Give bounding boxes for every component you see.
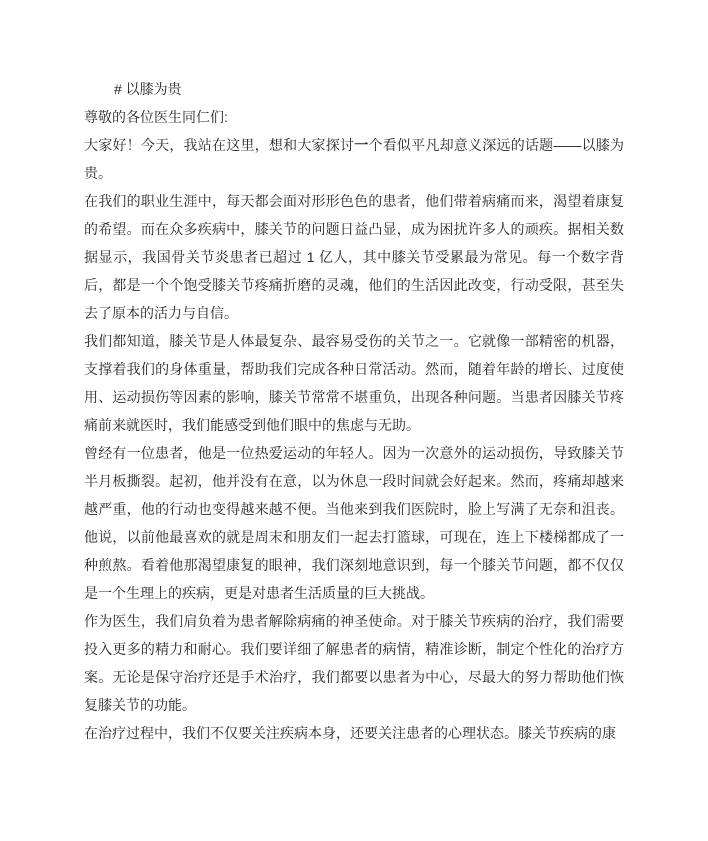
opening-text-bold: 一 — [354, 137, 368, 153]
opening-text-pre: 大家好！今天，我站在这里，想和大家探讨 — [84, 137, 354, 153]
document-page: # 以膝为贵 尊敬的各位医生同仁们: 大家好！今天，我站在这里，想和大家探讨一个… — [0, 0, 708, 841]
opening-paragraph: 大家好！今天，我站在这里，想和大家探讨一个看似平凡却意义深远的话题——以膝为贵。 — [84, 131, 624, 187]
paragraph-doctor-mission: 作为医生，我们肩负着为患者解除病痛的神圣使命。对于膝关节疾病的治疗，我们需要投入… — [84, 607, 624, 719]
paragraph-career: 在我们的职业生涯中，每天都会面对形形色色的患者，他们带着病痛而来，渴望着康复的希… — [84, 187, 624, 327]
paragraph-treatment-truncated: 在治疗过程中，我们不仅要关注疾病本身，还要关注患者的心理状态。膝关节疾病的康 — [84, 719, 624, 747]
paragraph-patient-story: 曾经有一位患者，他是一位热爱运动的年轻人。因为一次意外的运动损伤，导致膝关节半月… — [84, 439, 624, 607]
salutation-line: 尊敬的各位医生同仁们: — [84, 103, 624, 131]
doc-title: # 以膝为贵 — [84, 75, 624, 103]
paragraph-knee-anatomy: 我们都知道，膝关节是人体最复杂、最容易受伤的关节之一。它就像一部精密的机器，支撑… — [84, 327, 624, 439]
